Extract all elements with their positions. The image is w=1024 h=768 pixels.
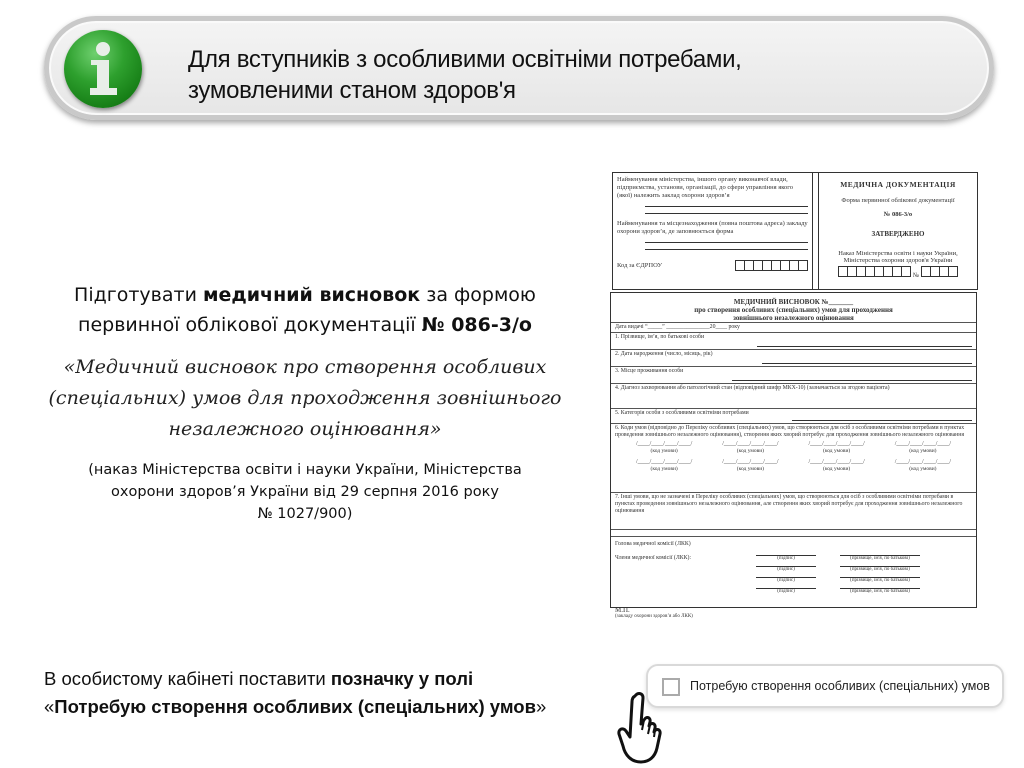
codes-row: /____/____/____/____/(код умови) /____/_… <box>615 439 972 457</box>
name-caption: (прізвище, ім'я, по батькові) <box>840 566 920 572</box>
code-slots: /____/____/____/____/ <box>636 459 692 466</box>
field-label: 2. Дата народження (число, місяць, рік) <box>615 351 713 357</box>
form-number: № 086-3/о <box>422 314 532 336</box>
code-caption: (код умови) <box>808 466 864 473</box>
form-header-right: МЕДИЧНА ДОКУМЕНТАЦІЯ Форма первинної обл… <box>818 173 977 289</box>
page-title: Для вступників з особливими освітніми по… <box>188 44 968 106</box>
code-caption: (код умови) <box>895 466 951 473</box>
signature-caption: (підпис) <box>756 588 816 594</box>
instruction-text: первинної облікової документації <box>78 314 422 336</box>
chair-label: Голова медичної комісії (ЛКК) <box>611 541 750 547</box>
quote-mark: » <box>536 696 546 717</box>
code-caption: (код умови) <box>722 448 778 455</box>
edrpou-boxes <box>735 260 808 271</box>
signature-caption: (підпис) <box>756 555 816 561</box>
form-title-quote: «Медичний висновок про створення особлив… <box>40 352 570 445</box>
field-row: 4. Діагноз захворювання або патологічний… <box>611 383 976 408</box>
signatures: Голова медичної комісії (ЛКК) Члени меди… <box>611 537 976 619</box>
order-line: № 1027/900) <box>40 503 570 525</box>
blank-line <box>645 243 808 250</box>
blank-line <box>645 207 808 214</box>
order-line: (наказ Міністерства освіти і науки Украї… <box>40 459 570 481</box>
form-number-small: № 086-3/о <box>819 211 977 218</box>
quote-line: «Медичний висновок про створення особлив… <box>40 352 570 383</box>
form-title-line: про створення особливих (спеціальних) ум… <box>611 306 976 314</box>
cabinet-instruction: В особистому кабінеті поставити позначку… <box>44 665 604 721</box>
field-label: 7. Інші умови, що не зазначені в Перелік… <box>615 494 962 514</box>
blank-line <box>645 236 808 243</box>
code-slots: /____/____/____/____/ <box>895 441 951 448</box>
issue-date-row: Дата видачі “_____” _______________20___… <box>611 322 976 332</box>
code-slots: /____/____/____/____/ <box>895 459 951 466</box>
instruction-text: за формою <box>420 284 536 306</box>
order-line: Міністерства охорони здоров'я України <box>819 257 977 264</box>
field-row: 5. Категорія особи з особливими освітнім… <box>611 408 976 423</box>
form-title: МЕДИЧНИЙ ВИСНОВОК №_______ про створення… <box>611 298 976 322</box>
title-line-2: зумовленими станом здоров'я <box>188 75 968 106</box>
instruction-emphasis: позначку у полі <box>331 668 473 689</box>
order-line: Наказ Міністерства освіти і науки Україн… <box>819 250 977 257</box>
code-slots: /____/____/____/____/ <box>808 459 864 466</box>
number-boxes <box>921 266 958 277</box>
title-line-1: Для вступників з особливими освітніми по… <box>188 44 968 75</box>
hand-pointer-icon <box>613 690 677 766</box>
checkbox-label[interactable]: Потребую створення особливих (спеціальни… <box>690 679 990 693</box>
blank-line <box>645 200 808 207</box>
issue-date-label: Дата видачі “_____” _______________20___… <box>615 324 740 330</box>
approved-label: ЗАТВЕРДЖЕНО <box>819 230 977 238</box>
field-row-codes: 6. Коди умов (відповідно до Переліку осо… <box>611 423 976 492</box>
code-slots: /____/____/____/____/ <box>808 441 864 448</box>
name-caption: (прізвище, ім'я, по батькові) <box>840 555 920 561</box>
name-caption: (прізвище, ім'я, по батькові) <box>840 577 920 583</box>
form-header-left: Найменування міністерства, іншого органу… <box>613 173 813 289</box>
instructions-block: Підготувати медичний висновок за формою … <box>40 280 570 525</box>
info-icon-dot <box>96 42 110 56</box>
field-name-emphasis: Потребую створення особливих (спеціальни… <box>54 696 536 717</box>
order-reference: (наказ Міністерства освіти і науки Украї… <box>40 459 570 525</box>
medical-conclusion-form: МЕДИЧНИЙ ВИСНОВОК №_______ про створення… <box>610 292 977 608</box>
quote-line: незалежного оцінювання» <box>40 414 570 445</box>
codes-row: /____/____/____/____/(код умови) /____/_… <box>615 457 972 475</box>
medical-documentation-heading: МЕДИЧНА ДОКУМЕНТАЦІЯ <box>819 180 977 189</box>
info-icon-base <box>90 88 117 95</box>
stamp-caption: (закладу охорони здоров’я або ЛКК) <box>611 614 976 619</box>
form-header: Найменування міністерства, іншого органу… <box>612 172 978 290</box>
ministry-label: Найменування міністерства, іншого органу… <box>617 176 808 200</box>
info-icon-stem <box>97 60 109 90</box>
quote-line: (спеціальних) умов для проходження зовні… <box>40 383 570 414</box>
code-caption: (код умови) <box>722 466 778 473</box>
signature-caption: (підпис) <box>756 566 816 572</box>
field-label: 1. Прізвище, ім’я, по батькові особи <box>615 334 704 340</box>
form-label: Форма первинної облікової документації <box>819 197 977 204</box>
instruction-main: Підготувати медичний висновок за формою … <box>40 280 570 340</box>
number-label: № <box>913 272 919 279</box>
edrpou-label: Код за ЄДРПОУ <box>617 262 662 270</box>
field-label: 6. Коди умов (відповідно до Переліку осо… <box>615 425 972 439</box>
code-caption: (код умови) <box>895 448 951 455</box>
stamp-label: М.П. <box>611 606 976 614</box>
facility-label: Найменування та місцезнаходження (повна … <box>617 220 808 236</box>
field-label: 5. Категорія особи з особливими освітнім… <box>615 410 749 416</box>
code-caption: (код умови) <box>636 466 692 473</box>
field-row: 1. Прізвище, ім’я, по батькові особи <box>611 332 976 349</box>
field-label: 4. Діагноз захворювання або патологічний… <box>615 385 890 391</box>
form-title-line: МЕДИЧНИЙ ВИСНОВОК №_______ <box>611 298 976 306</box>
instruction-text: В особистому кабінеті поставити <box>44 668 331 689</box>
field-label: 3. Місце проживання особи <box>615 368 683 374</box>
order-line: охорони здоров’я України від 29 серпня 2… <box>40 481 570 503</box>
divider <box>611 529 976 537</box>
quote-mark: « <box>44 696 54 717</box>
code-slots: /____/____/____/____/ <box>722 441 778 448</box>
code-caption: (код умови) <box>636 448 692 455</box>
members-label: Члени медичної комісії (ЛКК): <box>611 555 750 561</box>
code-caption: (код умови) <box>808 448 864 455</box>
name-caption: (прізвище, ім'я, по батькові) <box>840 588 920 594</box>
date-boxes <box>838 266 911 277</box>
form-title-line: зовнішнього незалежного оцінювання <box>611 314 976 322</box>
field-row: 3. Місце проживання особи <box>611 366 976 383</box>
instruction-emphasis: медичний висновок <box>203 284 420 306</box>
code-slots: /____/____/____/____/ <box>722 459 778 466</box>
field-row: 2. Дата народження (число, місяць, рік) <box>611 349 976 366</box>
instruction-text: Підготувати <box>74 284 203 306</box>
field-row: 7. Інші умови, що не зазначені в Перелік… <box>611 492 976 529</box>
info-icon <box>64 30 142 108</box>
special-conditions-checkbox-card[interactable]: Потребую створення особливих (спеціальни… <box>646 664 1004 708</box>
signature-caption: (підпис) <box>756 577 816 583</box>
code-slots: /____/____/____/____/ <box>636 441 692 448</box>
